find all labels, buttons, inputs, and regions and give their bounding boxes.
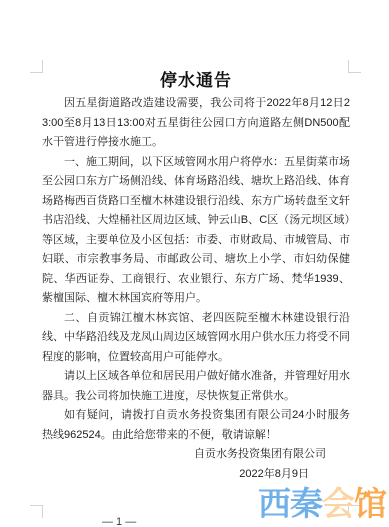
corner-mark-bottom-left: [30, 505, 43, 518]
signature-company: 自贡水务投资集团有限公司: [42, 445, 350, 465]
watermark-text-orange: 馆: [354, 485, 386, 522]
paragraph-section-2: 二、自贡锦江檀木林宾馆、老四医院至檀木林建设银行沿线、中华路沿线及龙凤山周边区域…: [42, 309, 350, 368]
paragraph-advice: 请以上区域各单位和居民用户做好储水准备，并管理好用水器具。我公司将加快施工进度，…: [42, 367, 350, 406]
notice-page: 停水通告 因五星街道路改造建设需要，我公司将于2022年8月12日23:00至8…: [0, 0, 389, 527]
watermark-text-orange-light: 会: [322, 485, 354, 522]
paragraph-section-1: 一、施工期间，以下区域管网水用户将停水：五星街菜市场至公园口东方广场侧沿线、体育…: [42, 153, 350, 309]
signature-date: 2022年8月9日: [42, 465, 350, 485]
watermark-text-blue: 西秦: [258, 485, 322, 522]
page-number: — 1 —: [102, 514, 136, 527]
paragraph-hotline: 如有疑问，请拨打自贡水务投资集团有限公司24小时服务热线962524。由此给您带…: [42, 406, 350, 445]
watermark-xiqin-huiguan: 西秦会馆: [258, 486, 386, 522]
page-title: 停水通告: [42, 67, 350, 94]
paragraph-intro: 因五星街道路改造建设需要，我公司将于2022年8月12日23:00至8月13日1…: [42, 94, 350, 153]
document-body: 停水通告 因五星街道路改造建设需要，我公司将于2022年8月12日23:00至8…: [42, 67, 350, 484]
